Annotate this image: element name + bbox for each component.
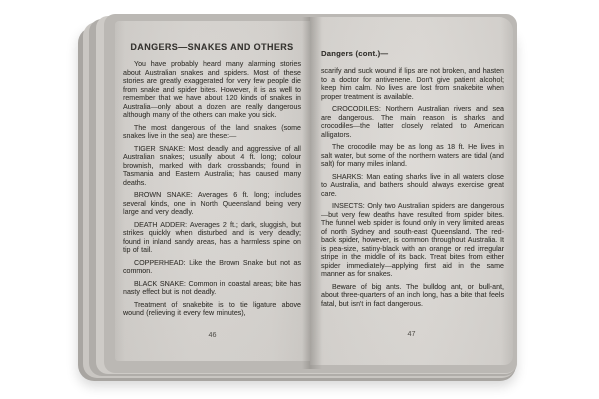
paragraph: CROCODILES: Northern Australian rivers a… bbox=[321, 105, 504, 139]
right-page: Dangers (cont.)— scarify and suck wound … bbox=[310, 17, 513, 365]
paragraph: BLACK SNAKE: Common in coastal areas; bi… bbox=[123, 280, 301, 297]
left-page-number: 46 bbox=[115, 330, 310, 339]
paragraph: Beware of big ants. The bulldog ant, or … bbox=[321, 283, 504, 309]
paragraph: BROWN SNAKE: Averages 6 ft. long; includ… bbox=[123, 191, 301, 217]
paragraph: TIGER SNAKE: Most deadly and aggressive … bbox=[123, 145, 301, 188]
left-page: DANGERS—SNAKES AND OTHERS You have proba… bbox=[115, 21, 310, 361]
left-page-content: DANGERS—SNAKES AND OTHERS You have proba… bbox=[123, 42, 301, 322]
paragraph: COPPERHEAD: Like the Brown Snake but not… bbox=[123, 259, 301, 276]
paragraph: INSECTS: Only two Australian spiders are… bbox=[321, 202, 504, 279]
paragraph: scarify and suck wound if lips are not b… bbox=[321, 67, 504, 101]
right-page-number: 47 bbox=[310, 329, 513, 338]
paragraph: DEATH ADDER: Averages 2 ft.; dark, slugg… bbox=[123, 221, 301, 255]
left-page-paragraphs: You have probably heard many alarming st… bbox=[123, 60, 301, 318]
right-page-paragraphs: scarify and suck wound if lips are not b… bbox=[321, 67, 504, 308]
paragraph: You have probably heard many alarming st… bbox=[123, 60, 301, 120]
left-page-title: DANGERS—SNAKES AND OTHERS bbox=[123, 42, 301, 52]
paragraph: Treatment of snakebite is to tie ligatur… bbox=[123, 301, 301, 318]
right-page-content: Dangers (cont.)— scarify and suck wound … bbox=[321, 49, 504, 312]
paragraph: The crocodile may be as long as 18 ft. H… bbox=[321, 143, 504, 169]
right-page-heading: Dangers (cont.)— bbox=[321, 49, 504, 58]
paragraph: The most dangerous of the land snakes (s… bbox=[123, 124, 301, 141]
open-book: DANGERS—SNAKES AND OTHERS You have proba… bbox=[78, 13, 521, 385]
paragraph: SHARKS: Man eating sharks live in all wa… bbox=[321, 173, 504, 199]
book-photo: DANGERS—SNAKES AND OTHERS You have proba… bbox=[0, 0, 599, 399]
